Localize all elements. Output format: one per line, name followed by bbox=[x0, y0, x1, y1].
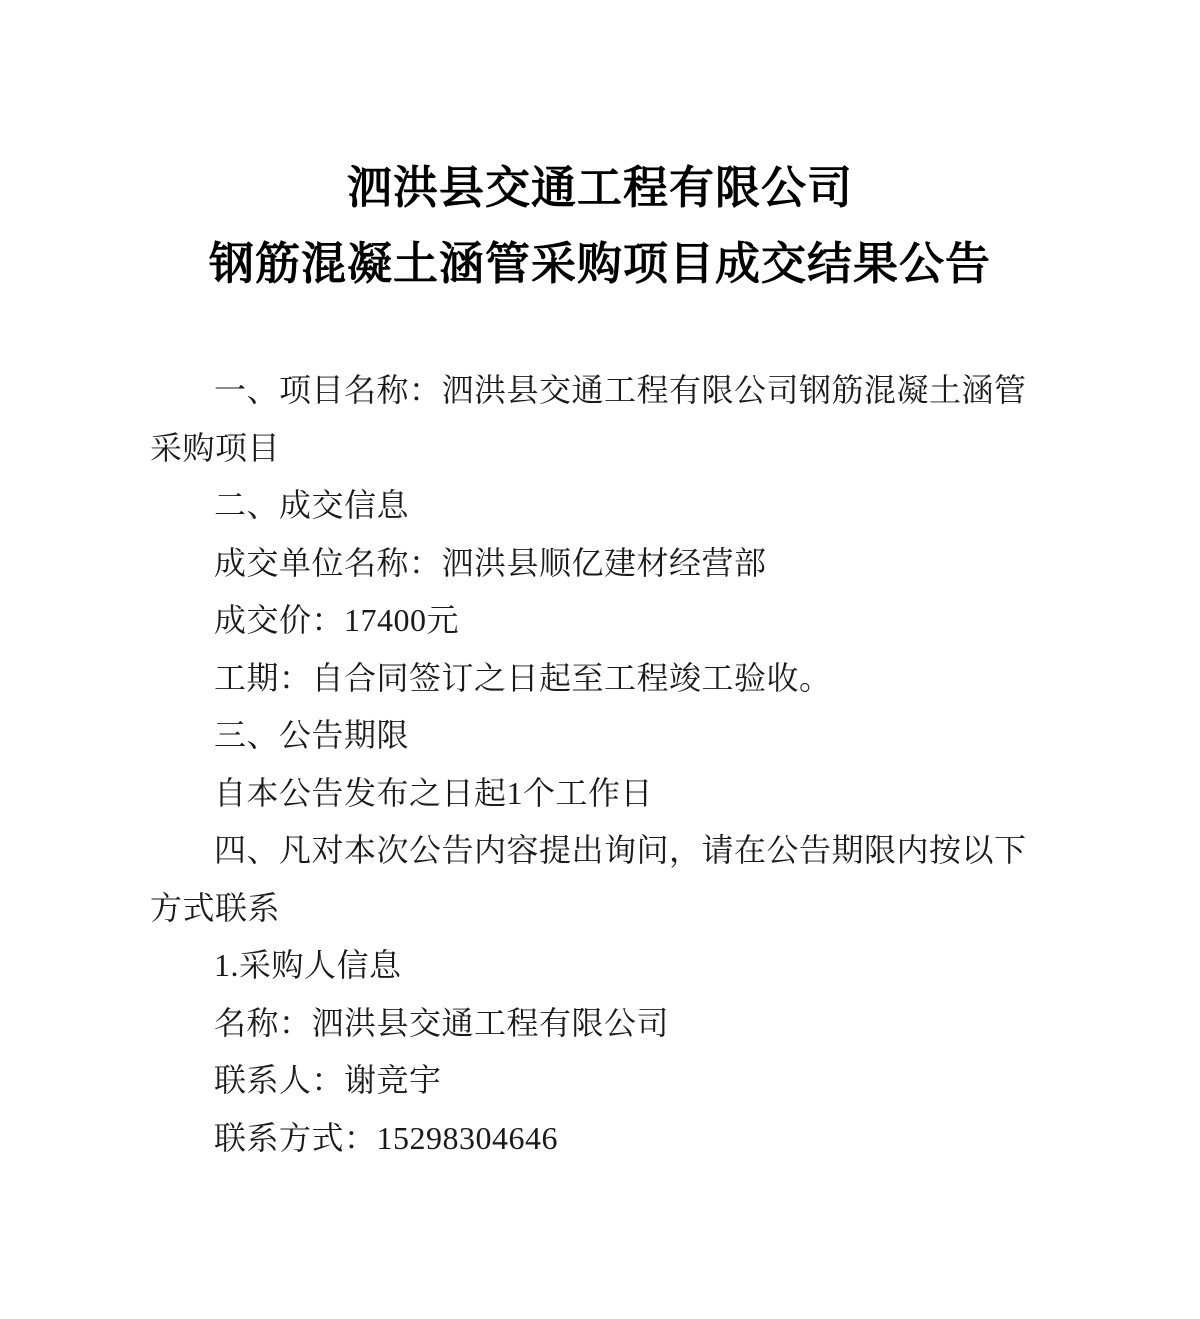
title-line-company: 泗洪县交通工程有限公司 bbox=[0, 150, 1200, 226]
paragraph-section4-inquiry: 四、凡对本次公告内容提出询问，请在公告期限内按以下方式联系 bbox=[150, 822, 1054, 937]
paragraph-deal-price: 成交价：17400元 bbox=[150, 592, 1054, 650]
paragraph-section3-heading: 三、公告期限 bbox=[150, 707, 1054, 765]
paragraph-purchaser-name: 名称：泗洪县交通工程有限公司 bbox=[150, 995, 1054, 1053]
title-line-announcement: 钢筋混凝土涵管采购项目成交结果公告 bbox=[0, 226, 1200, 302]
paragraph-announcement-duration: 自本公告发布之日起1个工作日 bbox=[150, 765, 1054, 823]
document-page: 泗洪县交通工程有限公司 钢筋混凝土涵管采购项目成交结果公告 一、项目名称：泗洪县… bbox=[0, 0, 1200, 1319]
document-body: 一、项目名称：泗洪县交通工程有限公司钢筋混凝土涵管采购项目 二、成交信息 成交单… bbox=[150, 362, 1054, 1167]
document-title: 泗洪县交通工程有限公司 钢筋混凝土涵管采购项目成交结果公告 bbox=[0, 0, 1200, 302]
paragraph-winning-supplier: 成交单位名称：泗洪县顺亿建材经营部 bbox=[150, 535, 1054, 593]
paragraph-section2-heading: 二、成交信息 bbox=[150, 477, 1054, 535]
paragraph-section1-project-name: 一、项目名称：泗洪县交通工程有限公司钢筋混凝土涵管采购项目 bbox=[150, 362, 1054, 477]
paragraph-contact-person: 联系人：谢竞宇 bbox=[150, 1052, 1054, 1110]
paragraph-construction-period: 工期：自合同签订之日起至工程竣工验收。 bbox=[150, 650, 1054, 708]
paragraph-purchaser-info-heading: 1.采购人信息 bbox=[150, 937, 1054, 995]
paragraph-contact-phone: 联系方式：15298304646 bbox=[150, 1110, 1054, 1168]
